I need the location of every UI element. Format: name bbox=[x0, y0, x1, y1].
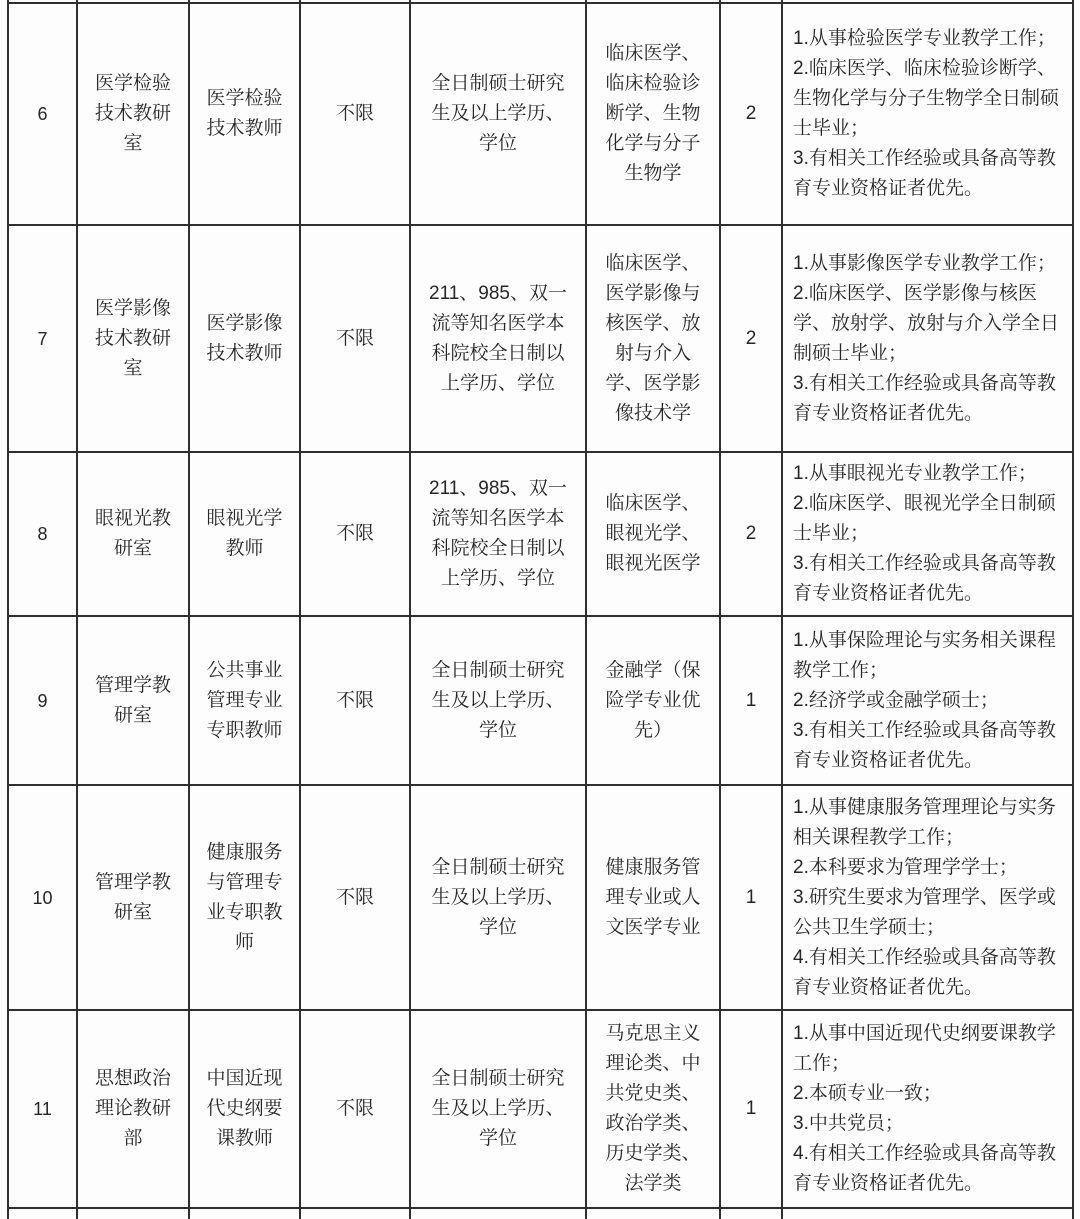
cell-position: 健康服务与管理专业专职教师 bbox=[189, 785, 300, 1010]
cell-position: 医学影像技术教师 bbox=[189, 225, 300, 452]
cell-requirements: 1.从事影像医学专业教学工作； 2.临床医学、医学影像与核医学、放射学、放射与介… bbox=[782, 225, 1073, 452]
cell-age-limit: 不限 bbox=[300, 616, 410, 785]
requirement-item: 1.从事眼视光专业教学工作； bbox=[793, 459, 1062, 489]
requirement-item: 2.临床医学、医学影像与核医学、放射学、放射与介入学全日制硕士毕业； bbox=[793, 279, 1062, 369]
requirement-item: 1.从事保险理论与实务相关课程教学工作； bbox=[793, 626, 1062, 686]
cell-department: 思想政治理论教研部 bbox=[77, 1010, 189, 1208]
cell-requirements: 1.从事健康服务管理理论与实务相关课程教学工作； 2.本科要求为管理学学士； 3… bbox=[782, 785, 1073, 1010]
requirement-item: 3.有相关工作经验或具备高等教育专业资格证者优先。 bbox=[793, 144, 1062, 204]
cell-row-number: 10 bbox=[8, 785, 77, 1010]
table-row: 8 眼视光教研室 眼视光学教师 不限 211、985、双一流等知名医学本科院校全… bbox=[8, 452, 1073, 616]
cell-age-limit: 不限 bbox=[300, 452, 410, 616]
cell-row-number: 11 bbox=[8, 1010, 77, 1208]
requirement-item: 3.有相关工作经验或具备高等教育专业资格证者优先。 bbox=[793, 369, 1062, 429]
requirement-item: 1.从事中国近现代史纲要课教学工作； bbox=[793, 1019, 1062, 1079]
cell-row-number: 6 bbox=[8, 3, 77, 225]
cell-majors: 健康服务管理专业或人文医学专业 bbox=[586, 785, 720, 1010]
requirement-item: 2.临床医学、临床检验诊断学、生物化学与分子生物学全日制硕士毕业； bbox=[793, 54, 1062, 144]
empty-cell bbox=[77, 1208, 189, 1219]
requirement-item: 3.中共党员； bbox=[793, 1109, 1062, 1139]
requirement-item: 2.本科要求为管理学学士； bbox=[793, 853, 1062, 883]
requirement-item: 1.从事影像医学专业教学工作； bbox=[793, 249, 1062, 279]
requirement-item: 4.有相关工作经验或具备高等教育专业资格证者优先。 bbox=[793, 943, 1062, 1003]
empty-cell bbox=[782, 1208, 1073, 1219]
empty-cell bbox=[8, 1208, 77, 1219]
requirement-item: 3.有相关工作经验或具备高等教育专业资格证者优先。 bbox=[793, 716, 1062, 776]
cell-majors: 马克思主义理论类、中共党史类、政治学类、历史学类、法学类 bbox=[586, 1010, 720, 1208]
table-row: 9 管理学教研室 公共事业管理专业专职教师 不限 全日制硕士研究生及以上学历、学… bbox=[8, 616, 1073, 785]
empty-cell bbox=[189, 1208, 300, 1219]
cell-education: 全日制硕士研究生及以上学历、学位 bbox=[410, 1010, 586, 1208]
cell-education: 211、985、双一流等知名医学本科院校全日制以上学历、学位 bbox=[410, 452, 586, 616]
requirement-item: 3.研究生要求为管理学、医学或公共卫生学硕士； bbox=[793, 883, 1062, 943]
recruitment-table: 6 医学检验技术教研室 医学检验技术教师 不限 全日制硕士研究生及以上学历、学位… bbox=[7, 0, 1074, 1219]
requirement-item: 2.本硕专业一致； bbox=[793, 1079, 1062, 1109]
cell-headcount: 2 bbox=[720, 3, 782, 225]
cell-education: 全日制硕士研究生及以上学历、学位 bbox=[410, 3, 586, 225]
cell-age-limit: 不限 bbox=[300, 3, 410, 225]
cell-majors: 金融学（保险学专业优先） bbox=[586, 616, 720, 785]
cell-majors: 临床医学、临床检验诊断学、生物化学与分子生物学 bbox=[586, 3, 720, 225]
cell-age-limit: 不限 bbox=[300, 785, 410, 1010]
cell-education: 211、985、双一流等知名医学本科院校全日制以上学历、学位 bbox=[410, 225, 586, 452]
table-row: 7 医学影像技术教研室 医学影像技术教师 不限 211、985、双一流等知名医学… bbox=[8, 225, 1073, 452]
cell-headcount: 1 bbox=[720, 616, 782, 785]
requirement-item: 2.经济学或金融学硕士； bbox=[793, 686, 1062, 716]
empty-cell bbox=[300, 1208, 410, 1219]
table-row-partial-bottom bbox=[8, 1208, 1073, 1219]
cell-department: 管理学教研室 bbox=[77, 616, 189, 785]
table-row: 11 思想政治理论教研部 中国近现代史纲要课教师 不限 全日制硕士研究生及以上学… bbox=[8, 1010, 1073, 1208]
requirement-item: 2.临床医学、眼视光学全日制硕士毕业； bbox=[793, 489, 1062, 549]
cell-age-limit: 不限 bbox=[300, 225, 410, 452]
cell-position: 中国近现代史纲要课教师 bbox=[189, 1010, 300, 1208]
cell-department: 眼视光教研室 bbox=[77, 452, 189, 616]
empty-cell bbox=[410, 1208, 586, 1219]
requirement-item: 1.从事检验医学专业教学工作； bbox=[793, 24, 1062, 54]
cell-row-number: 8 bbox=[8, 452, 77, 616]
cell-headcount: 1 bbox=[720, 1010, 782, 1208]
table-row: 6 医学检验技术教研室 医学检验技术教师 不限 全日制硕士研究生及以上学历、学位… bbox=[8, 3, 1073, 225]
cell-position: 眼视光学教师 bbox=[189, 452, 300, 616]
cell-requirements: 1.从事检验医学专业教学工作； 2.临床医学、临床检验诊断学、生物化学与分子生物… bbox=[782, 3, 1073, 225]
cell-position: 公共事业管理专业专职教师 bbox=[189, 616, 300, 785]
cell-headcount: 2 bbox=[720, 225, 782, 452]
cell-requirements: 1.从事保险理论与实务相关课程教学工作； 2.经济学或金融学硕士； 3.有相关工… bbox=[782, 616, 1073, 785]
cell-department: 医学检验技术教研室 bbox=[77, 3, 189, 225]
page: 6 医学检验技术教研室 医学检验技术教师 不限 全日制硕士研究生及以上学历、学位… bbox=[0, 0, 1080, 1219]
cell-headcount: 2 bbox=[720, 452, 782, 616]
cell-requirements: 1.从事中国近现代史纲要课教学工作； 2.本硕专业一致； 3.中共党员； 4.有… bbox=[782, 1010, 1073, 1208]
cell-majors: 临床医学、医学影像与核医学、放射与介入学、医学影像技术学 bbox=[586, 225, 720, 452]
cell-position: 医学检验技术教师 bbox=[189, 3, 300, 225]
cell-department: 医学影像技术教研室 bbox=[77, 225, 189, 452]
requirement-item: 1.从事健康服务管理理论与实务相关课程教学工作； bbox=[793, 793, 1062, 853]
empty-cell bbox=[586, 1208, 720, 1219]
cell-requirements: 1.从事眼视光专业教学工作； 2.临床医学、眼视光学全日制硕士毕业； 3.有相关… bbox=[782, 452, 1073, 616]
cell-education: 全日制硕士研究生及以上学历、学位 bbox=[410, 616, 586, 785]
empty-cell bbox=[720, 1208, 782, 1219]
cell-education: 全日制硕士研究生及以上学历、学位 bbox=[410, 785, 586, 1010]
cell-department: 管理学教研室 bbox=[77, 785, 189, 1010]
cell-age-limit: 不限 bbox=[300, 1010, 410, 1208]
table-row: 10 管理学教研室 健康服务与管理专业专职教师 不限 全日制硕士研究生及以上学历… bbox=[8, 785, 1073, 1010]
cell-row-number: 9 bbox=[8, 616, 77, 785]
cell-majors: 临床医学、眼视光学、眼视光医学 bbox=[586, 452, 720, 616]
cell-headcount: 1 bbox=[720, 785, 782, 1010]
cell-row-number: 7 bbox=[8, 225, 77, 452]
requirement-item: 4.有相关工作经验或具备高等教育专业资格证者优先。 bbox=[793, 1139, 1062, 1199]
requirement-item: 3.有相关工作经验或具备高等教育专业资格证者优先。 bbox=[793, 549, 1062, 609]
